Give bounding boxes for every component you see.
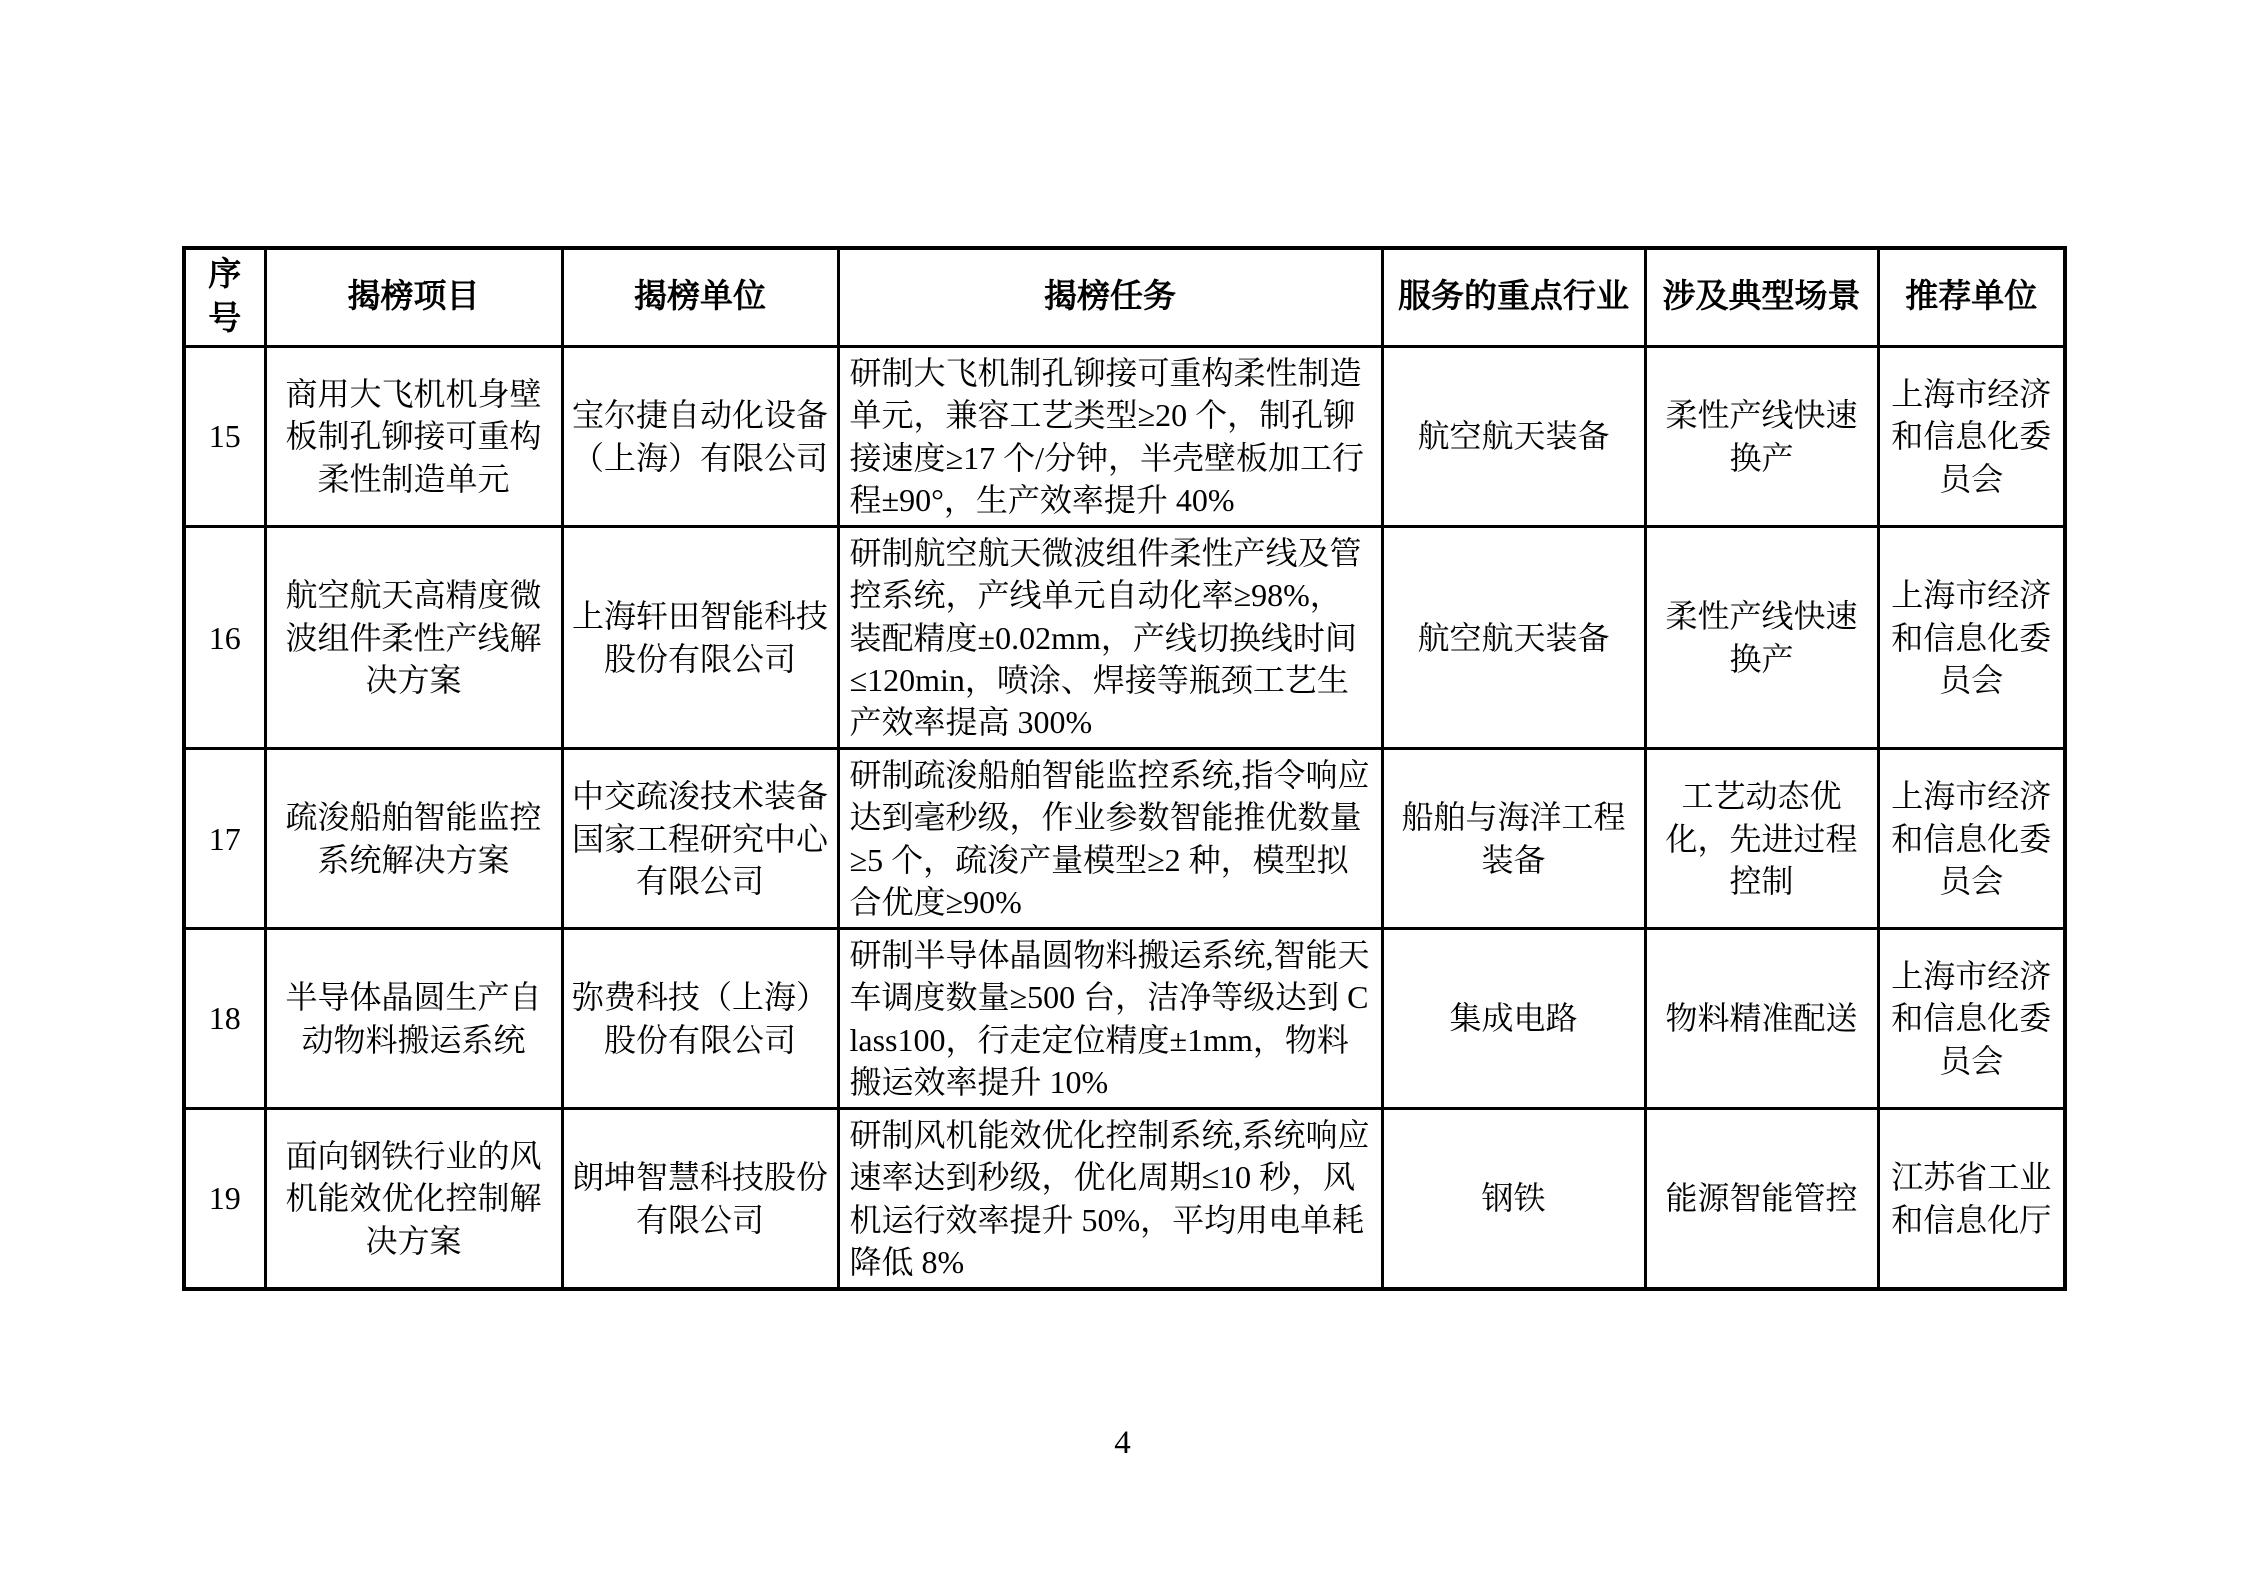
cell-scenario: 工艺动态优化，先进过程控制 bbox=[1645, 749, 1878, 929]
cell-project: 疏浚船舶智能监控系统解决方案 bbox=[265, 749, 562, 929]
cell-unit: 弥费科技（上海）股份有限公司 bbox=[562, 929, 838, 1109]
table-row: 18 半导体晶圆生产自动物料搬运系统 弥费科技（上海）股份有限公司 研制半导体晶… bbox=[184, 929, 2065, 1109]
cell-project: 商用大飞机机身壁板制孔铆接可重构柔性制造单元 bbox=[265, 347, 562, 527]
document-page: 序号 揭榜项目 揭榜单位 揭榜任务 服务的重点行业 涉及典型场景 推荐单位 15… bbox=[0, 0, 2245, 1587]
header-unit: 揭榜单位 bbox=[562, 248, 838, 347]
cell-task: 研制疏浚船舶智能监控系统,指令响应达到毫秒级，作业参数智能推优数量≥5 个，疏浚… bbox=[838, 749, 1382, 929]
cell-recommender: 上海市经济和信息化委员会 bbox=[1878, 347, 2065, 527]
cell-scenario: 柔性产线快速换产 bbox=[1645, 347, 1878, 527]
table-row: 19 面向钢铁行业的风机能效优化控制解决方案 朗坤智慧科技股份有限公司 研制风机… bbox=[184, 1109, 2065, 1289]
header-recommender: 推荐单位 bbox=[1878, 248, 2065, 347]
header-task: 揭榜任务 bbox=[838, 248, 1382, 347]
header-industry: 服务的重点行业 bbox=[1382, 248, 1645, 347]
cell-industry: 航空航天装备 bbox=[1382, 527, 1645, 749]
cell-unit: 上海轩田智能科技股份有限公司 bbox=[562, 527, 838, 749]
cell-industry: 航空航天装备 bbox=[1382, 347, 1645, 527]
cell-project: 航空航天高精度微波组件柔性产线解决方案 bbox=[265, 527, 562, 749]
header-scenario: 涉及典型场景 bbox=[1645, 248, 1878, 347]
cell-task: 研制航空航天微波组件柔性产线及管控系统，产线单元自动化率≥98%，装配精度±0.… bbox=[838, 527, 1382, 749]
cell-unit: 朗坤智慧科技股份有限公司 bbox=[562, 1109, 838, 1289]
cell-recommender: 上海市经济和信息化委员会 bbox=[1878, 527, 2065, 749]
cell-unit: 中交疏浚技术装备国家工程研究中心有限公司 bbox=[562, 749, 838, 929]
cell-unit: 宝尔捷自动化设备（上海）有限公司 bbox=[562, 347, 838, 527]
cell-serial: 16 bbox=[184, 527, 265, 749]
cell-serial: 18 bbox=[184, 929, 265, 1109]
table-row: 15 商用大飞机机身壁板制孔铆接可重构柔性制造单元 宝尔捷自动化设备（上海）有限… bbox=[184, 347, 2065, 527]
cell-industry: 钢铁 bbox=[1382, 1109, 1645, 1289]
header-serial: 序号 bbox=[184, 248, 265, 347]
cell-industry: 集成电路 bbox=[1382, 929, 1645, 1109]
cell-serial: 15 bbox=[184, 347, 265, 527]
header-project: 揭榜项目 bbox=[265, 248, 562, 347]
cell-task: 研制大飞机制孔铆接可重构柔性制造单元，兼容工艺类型≥20 个，制孔铆接速度≥17… bbox=[838, 347, 1382, 527]
project-table: 序号 揭榜项目 揭榜单位 揭榜任务 服务的重点行业 涉及典型场景 推荐单位 15… bbox=[182, 246, 2067, 1291]
cell-serial: 19 bbox=[184, 1109, 265, 1289]
cell-project: 半导体晶圆生产自动物料搬运系统 bbox=[265, 929, 562, 1109]
cell-recommender: 上海市经济和信息化委员会 bbox=[1878, 929, 2065, 1109]
cell-serial: 17 bbox=[184, 749, 265, 929]
cell-industry: 船舶与海洋工程装备 bbox=[1382, 749, 1645, 929]
cell-project: 面向钢铁行业的风机能效优化控制解决方案 bbox=[265, 1109, 562, 1289]
cell-scenario: 物料精准配送 bbox=[1645, 929, 1878, 1109]
page-number: 4 bbox=[0, 1425, 2245, 1462]
table-header-row: 序号 揭榜项目 揭榜单位 揭榜任务 服务的重点行业 涉及典型场景 推荐单位 bbox=[184, 248, 2065, 347]
cell-scenario: 能源智能管控 bbox=[1645, 1109, 1878, 1289]
cell-recommender: 上海市经济和信息化委员会 bbox=[1878, 749, 2065, 929]
cell-scenario: 柔性产线快速换产 bbox=[1645, 527, 1878, 749]
table-row: 16 航空航天高精度微波组件柔性产线解决方案 上海轩田智能科技股份有限公司 研制… bbox=[184, 527, 2065, 749]
cell-task: 研制风机能效优化控制系统,系统响应速率达到秒级，优化周期≤10 秒，风机运行效率… bbox=[838, 1109, 1382, 1289]
table-row: 17 疏浚船舶智能监控系统解决方案 中交疏浚技术装备国家工程研究中心有限公司 研… bbox=[184, 749, 2065, 929]
cell-task: 研制半导体晶圆物料搬运系统,智能天车调度数量≥500 台，洁净等级达到 Clas… bbox=[838, 929, 1382, 1109]
cell-recommender: 江苏省工业和信息化厅 bbox=[1878, 1109, 2065, 1289]
